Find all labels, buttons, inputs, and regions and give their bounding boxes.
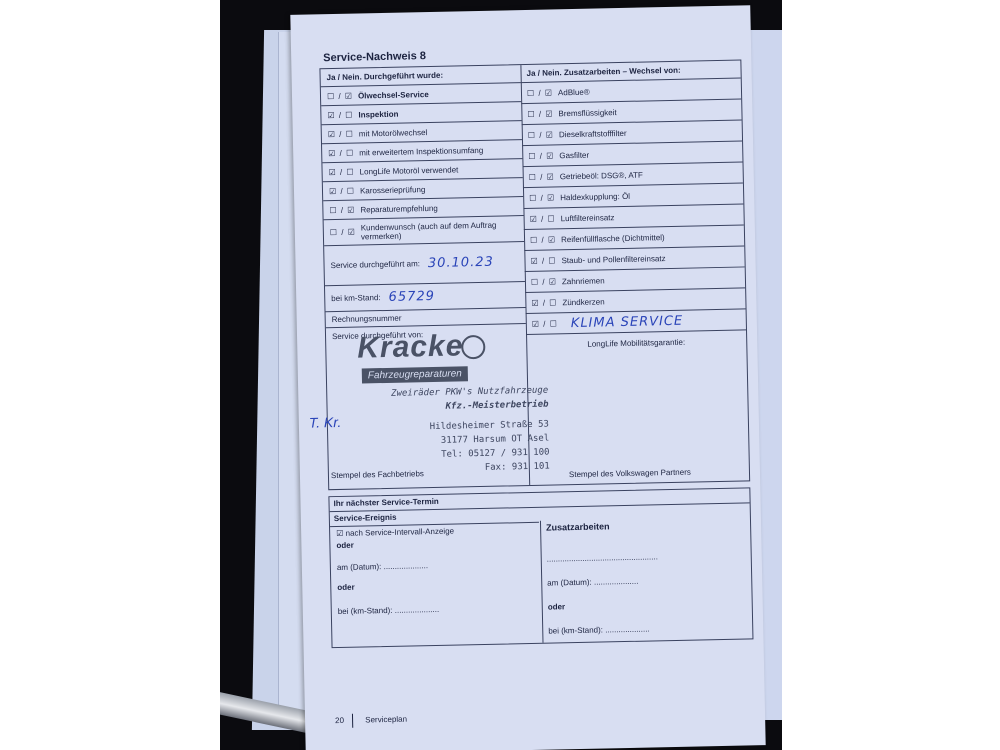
service-booklet-page: Service-Nachweis 8 Ja / Nein. Durchgefüh…: [290, 5, 765, 750]
extra-work-field[interactable]: ........................................…: [547, 552, 658, 563]
item-label: Gasfilter: [559, 150, 589, 160]
extra-work-column: Zusatzarbeiten .........................…: [540, 502, 753, 642]
interval-checkbox[interactable]: ☑ nach Service-Intervall-Anzeige: [336, 527, 454, 538]
yes-no-checkbox[interactable]: ☐ / ☑: [529, 172, 555, 182]
page-footer: 20 Serviceplan: [335, 713, 407, 729]
next-date-field[interactable]: am (Datum): ....................: [337, 561, 428, 572]
item-label: KLIMA SERVICE: [571, 313, 684, 330]
item-label: Kundenwunsch (auch auf dem Auftrag verme…: [361, 220, 518, 241]
yes-no-checkbox[interactable]: ☑ / ☐: [329, 186, 355, 196]
right-column: Ja / Nein. Zusatzarbeiten – Wechsel von:…: [520, 60, 749, 485]
item-label: Luftfiltereinsatz: [561, 213, 615, 223]
yes-no-checkbox[interactable]: ☐ / ☑: [527, 88, 553, 98]
item-label: Inspektion: [358, 109, 398, 119]
yes-no-checkbox[interactable]: ☑ / ☐: [327, 110, 353, 120]
yes-no-checkbox[interactable]: ☐ / ☑: [528, 151, 554, 161]
yes-no-checkbox[interactable]: ☐ / ☑: [530, 235, 556, 245]
item-label: Getriebeöl: DSG®, ATF: [560, 170, 643, 181]
extra-date-field[interactable]: am (Datum): ....................: [547, 577, 638, 588]
item-label: Zahnriemen: [562, 276, 605, 286]
service-event-column: ☑ nach Service-Intervall-Anzeige oder am…: [330, 521, 544, 647]
item-label: Zündkerzen: [562, 297, 604, 307]
item-label: Reparaturempfehlung: [360, 203, 438, 214]
yes-no-checkbox[interactable]: ☑ / ☐: [530, 256, 556, 266]
yes-no-checkbox[interactable]: ☑ / ☐: [329, 167, 355, 177]
service-date-row: Service durchgeführt am: 30.10.23: [324, 242, 525, 286]
page-number: 20: [335, 714, 353, 728]
yes-no-checkbox[interactable]: ☐ / ☑: [327, 91, 353, 101]
page-title: Service-Nachweis 8: [323, 50, 426, 64]
item-label: LongLife Motoröl verwendet: [360, 165, 459, 176]
item-label: mit Motorölwechsel: [359, 128, 428, 138]
yes-no-checkbox[interactable]: ☑ / ☐: [531, 298, 557, 308]
yes-no-checkbox[interactable]: ☐ / ☑: [531, 277, 557, 287]
logo-ring-icon: [461, 335, 485, 359]
item-label: AdBlue®: [558, 87, 590, 97]
item-label: Bremsflüssigkeit: [558, 108, 616, 118]
next-service-box: Ihr nächster Service-Termin Service-Erei…: [328, 487, 753, 648]
stamp-banner: Fahrzeugreparaturen: [362, 366, 468, 383]
item-label: mit erweitertem Inspektionsumfang: [359, 145, 483, 157]
service-date-value[interactable]: 30.10.23: [428, 255, 494, 271]
yes-no-checkbox[interactable]: ☐ / ☑: [330, 228, 356, 238]
yes-no-checkbox[interactable]: ☐ / ☑: [528, 130, 554, 140]
extra-km-field[interactable]: bei (km-Stand): ....................: [548, 625, 650, 636]
yes-no-checkbox[interactable]: ☑ / ☐: [530, 214, 556, 224]
item-label: Karosserieprüfung: [360, 185, 426, 195]
yes-no-checkbox[interactable]: ☑ / ☐: [328, 129, 354, 139]
stamp-logo: Kracke: [357, 328, 548, 366]
item-label: Staub- und Pollenfiltereinsatz: [561, 254, 665, 265]
yes-no-checkbox[interactable]: ☐ / ☑: [527, 109, 553, 119]
longlife-guarantee: LongLife Mobilitätsgarantie:: [526, 330, 746, 355]
item-label: Haldexkupplung: Öl: [560, 191, 630, 201]
yes-no-checkbox[interactable]: ☐ / ☑: [329, 205, 355, 215]
next-km-field[interactable]: bei (km-Stand): ....................: [338, 605, 440, 616]
yes-no-checkbox[interactable]: ☐ / ☑: [529, 193, 555, 203]
workshop-stamp: Kracke Fahrzeugreparaturen Zweiräder PKW…: [357, 328, 550, 482]
section-name: Serviceplan: [365, 715, 407, 725]
signature: T. Kr.: [309, 414, 342, 431]
yes-no-checkbox[interactable]: ☑ / ☐: [328, 148, 354, 158]
item-label: Ölwechsel-Service: [358, 90, 429, 100]
item-label: Dieselkraftstofffilter: [559, 128, 627, 138]
photo-background: Service-Nachweis 8 Ja / Nein. Durchgefüh…: [220, 0, 782, 750]
item-label: Reifenfüllflasche (Dichtmittel): [561, 233, 665, 244]
km-value[interactable]: 65729: [388, 289, 435, 305]
